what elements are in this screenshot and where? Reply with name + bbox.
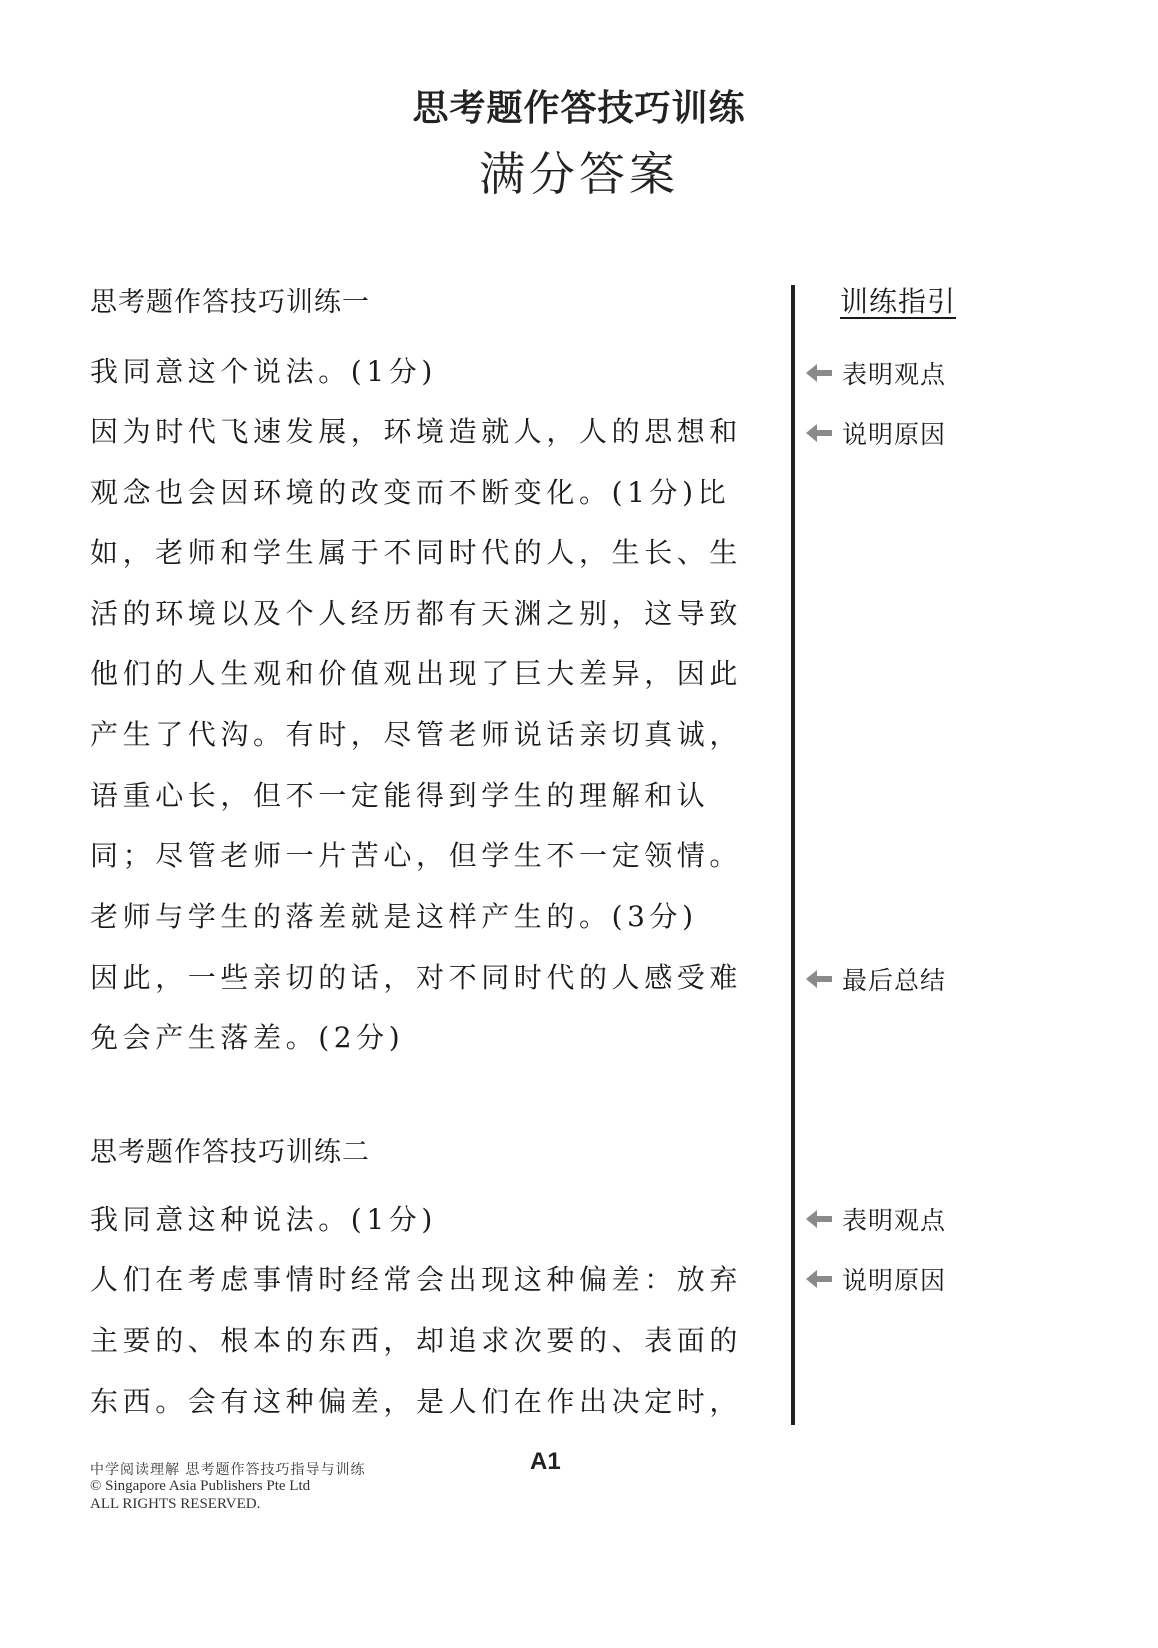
guide-item: 最后总结: [806, 959, 946, 999]
guide-label: 说明原因: [842, 415, 946, 451]
guide-label: 最后总结: [842, 961, 946, 997]
section-heading-1: 思考题作答技巧训练一: [90, 280, 370, 319]
answer-line: 同；尽管老师一片苦心，但学生不一定领情。: [90, 836, 780, 876]
section-heading-2: 思考题作答技巧训练二: [90, 1130, 370, 1169]
page-subtitle: 满分答案: [0, 138, 1158, 204]
guide-label: 表明观点: [842, 1201, 946, 1237]
footer-book-title: 中学阅读理解 思考题作答技巧指导与训练: [90, 1459, 365, 1479]
guide-label: 表明观点: [842, 355, 946, 391]
arrow-left-icon: [806, 363, 832, 383]
answer-line: 老师与学生的落差就是这样产生的。(3分): [90, 897, 780, 937]
footer-rights: ALL RIGHTS RESERVED.: [90, 1496, 260, 1513]
footer-copyright: © Singapore Asia Publishers Pte Ltd: [90, 1478, 310, 1495]
guide-label: 说明原因: [842, 1261, 946, 1297]
guide-title: 训练指引: [840, 280, 956, 320]
answer-line: 观念也会因环境的改变而不断变化。(1分)比: [90, 473, 780, 513]
answer-line: 语重心长，但不一定能得到学生的理解和认: [90, 776, 780, 816]
answer-page: 思考题作答技巧训练 满分答案 思考题作答技巧训练一 我同意这个说法。(1分) 因…: [0, 0, 1158, 1648]
answer-line: 活的环境以及个人经历都有天渊之别，这导致: [90, 594, 780, 634]
answer-line: 我同意这个说法。(1分): [90, 352, 780, 392]
answer-line: 他们的人生观和价值观出现了巨大差异，因此: [90, 654, 780, 694]
answer-line: 如，老师和学生属于不同时代的人，生长、生: [90, 533, 780, 573]
answer-line: 免会产生落差。(2分): [90, 1018, 780, 1058]
arrow-left-icon: [806, 1269, 832, 1289]
guide-item: 说明原因: [806, 413, 946, 453]
answer-line: 因为时代飞速发展，环境造就人，人的思想和: [90, 412, 780, 452]
arrow-left-icon: [806, 423, 832, 443]
column-divider: [791, 285, 795, 1425]
answer-line: 我同意这种说法。(1分): [90, 1200, 780, 1240]
guide-item: 表明观点: [806, 1199, 946, 1239]
answer-line: 主要的、根本的东西，却追求次要的、表面的: [90, 1321, 780, 1361]
guide-item: 说明原因: [806, 1259, 946, 1299]
answer-line: 因此，一些亲切的话，对不同时代的人感受难: [90, 958, 780, 998]
answer-line: 人们在考虑事情时经常会出现这种偏差：放弃: [90, 1260, 780, 1300]
page-number: A1: [530, 1448, 561, 1476]
page-title: 思考题作答技巧训练: [0, 80, 1158, 131]
arrow-left-icon: [806, 969, 832, 989]
arrow-left-icon: [806, 1209, 832, 1229]
answer-line: 东西。会有这种偏差，是人们在作出决定时，: [90, 1382, 780, 1422]
guide-item: 表明观点: [806, 353, 946, 393]
answer-line: 产生了代沟。有时，尽管老师说话亲切真诚，: [90, 715, 780, 755]
